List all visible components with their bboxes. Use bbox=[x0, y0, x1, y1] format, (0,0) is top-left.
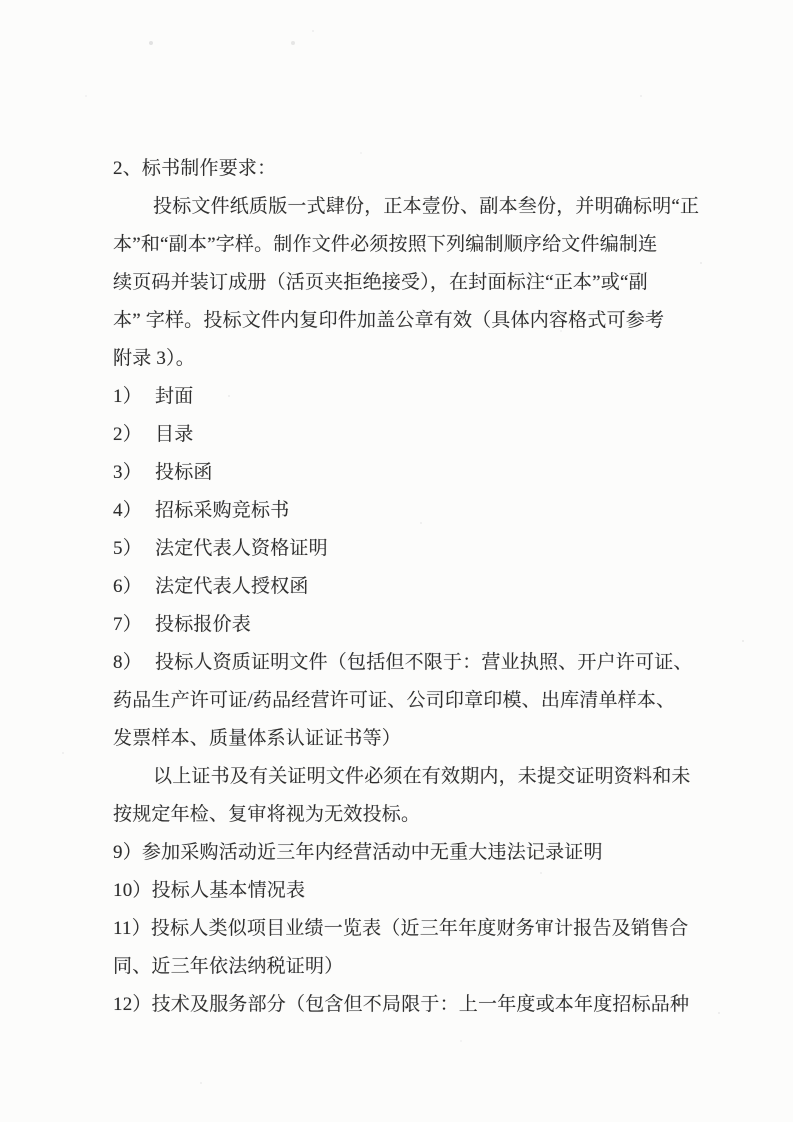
scan-speckles bbox=[0, 0, 2, 2]
list-item-8: 8）投标人资质证明文件（包括但不限于：营业执照、开户许可证、 bbox=[113, 644, 713, 682]
item-number: 7） bbox=[113, 606, 155, 644]
section-heading: 2、标书制作要求： bbox=[113, 150, 713, 188]
item-number: 6） bbox=[113, 568, 155, 606]
item-number: 3） bbox=[113, 454, 155, 492]
note-line-2: 按规定年检、复审将视为无效投标。 bbox=[113, 796, 713, 834]
list-item-9: 9）参加采购活动近三年内经营活动中无重大违法记录证明 bbox=[113, 834, 713, 872]
item-label: 目录 bbox=[155, 424, 193, 445]
list-item-3: 3）投标函 bbox=[113, 454, 713, 492]
list-item-7: 7）投标报价表 bbox=[113, 606, 713, 644]
scanned-document-page: 2、标书制作要求： 投标文件纸质版一式肆份，正本壹份、副本叁份，并明确标明“正 … bbox=[0, 0, 793, 1122]
list-item-6: 6）法定代表人授权函 bbox=[113, 568, 713, 606]
note-line-1: 以上证书及有关证明文件必须在有效期内，未提交证明资料和未 bbox=[113, 758, 713, 796]
item-label: 法定代表人授权函 bbox=[155, 576, 309, 597]
list-item-8-continuation-1: 药品生产许可证/药品经营许可证、公司印章印模、出库清单样本、 bbox=[113, 682, 713, 720]
item-label: 封面 bbox=[155, 386, 193, 407]
item-label: 投标函 bbox=[155, 462, 213, 483]
list-item-1: 1）封面 bbox=[113, 378, 713, 416]
intro-line-2: 本”和“副本”字样。制作文件必须按照下列编制顺序给文件编制连 bbox=[113, 226, 713, 264]
item-number: 1） bbox=[113, 378, 155, 416]
item-label: 法定代表人资格证明 bbox=[155, 538, 328, 559]
list-item-4: 4）招标采购竞标书 bbox=[113, 492, 713, 530]
list-item-11: 11）投标人类似项目业绩一览表（近三年年度财务审计报告及销售合 bbox=[113, 910, 713, 948]
intro-line-1: 投标文件纸质版一式肆份，正本壹份、副本叁份，并明确标明“正 bbox=[113, 188, 713, 226]
intro-line-5: 附录 3）。 bbox=[113, 340, 713, 378]
item-label: 投标报价表 bbox=[155, 614, 251, 635]
list-item-5: 5）法定代表人资格证明 bbox=[113, 530, 713, 568]
list-item-2: 2）目录 bbox=[113, 416, 713, 454]
list-item-10: 10）投标人基本情况表 bbox=[113, 872, 713, 910]
item-label: 投标人资质证明文件（包括但不限于：营业执照、开户许可证、 bbox=[155, 652, 693, 673]
document-body: 2、标书制作要求： 投标文件纸质版一式肆份，正本壹份、副本叁份，并明确标明“正 … bbox=[113, 150, 713, 1024]
intro-line-3: 续页码并装订成册（活页夹拒绝接受），在封面标注“正本”或“副 bbox=[113, 264, 713, 302]
item-number: 4） bbox=[113, 492, 155, 530]
item-number: 5） bbox=[113, 530, 155, 568]
list-item-8-continuation-2: 发票样本、质量体系认证证书等） bbox=[113, 720, 713, 758]
item-number: 2） bbox=[113, 416, 155, 454]
item-label: 招标采购竞标书 bbox=[155, 500, 289, 521]
item-number: 8） bbox=[113, 644, 155, 682]
intro-line-4: 本” 字样。投标文件内复印件加盖公章有效（具体内容格式可参考 bbox=[113, 302, 713, 340]
list-item-12: 12）技术及服务部分（包含但不局限于：上一年度或本年度招标品种 bbox=[113, 986, 713, 1024]
list-item-11-continuation: 同、近三年依法纳税证明） bbox=[113, 948, 713, 986]
